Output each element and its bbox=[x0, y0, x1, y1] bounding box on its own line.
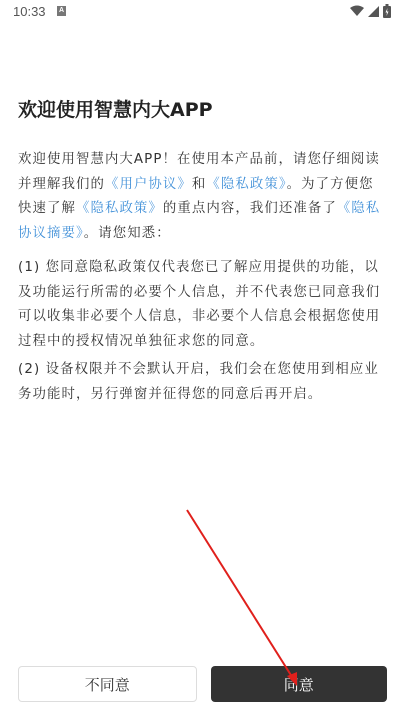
user-agreement-link[interactable]: 《用户协议》 bbox=[105, 177, 192, 192]
status-time: 10:33 bbox=[13, 4, 46, 19]
disagree-button[interactable]: 不同意 bbox=[18, 666, 197, 702]
intro-text: 和 bbox=[192, 177, 207, 192]
intro-paragraph: 欢迎使用智慧内大APP！在使用本产品前，请您仔细阅读并理解我们的《用户协议》和《… bbox=[18, 148, 388, 246]
battery-charging-icon bbox=[383, 4, 391, 18]
signal-icon bbox=[368, 6, 379, 17]
status-bar: 10:33 A bbox=[0, 0, 405, 24]
wifi-icon bbox=[350, 5, 364, 17]
privacy-policy-link[interactable]: 《隐私政策》 bbox=[206, 177, 286, 192]
point-1: (1) 您同意隐私政策仅代表您已了解应用提供的功能，以及功能运行所需的必要个人信… bbox=[18, 256, 388, 354]
dialog-title: 欢迎使用智慧内大APP bbox=[18, 95, 213, 122]
point-2: (2) 设备权限并不会默认开启，我们会在您使用到相应业务功能时，另行弹窗并征得您… bbox=[18, 358, 388, 407]
notification-icon: A bbox=[57, 6, 66, 16]
system-icons bbox=[350, 4, 391, 18]
privacy-policy-link-2[interactable]: 《隐私政策》 bbox=[76, 201, 163, 216]
dialog-footer: 不同意 同意 bbox=[18, 666, 387, 702]
agree-button[interactable]: 同意 bbox=[211, 666, 388, 702]
intro-text: 。请您知悉： bbox=[84, 226, 171, 241]
intro-text: 的重点内容，我们还准备了 bbox=[163, 201, 337, 216]
